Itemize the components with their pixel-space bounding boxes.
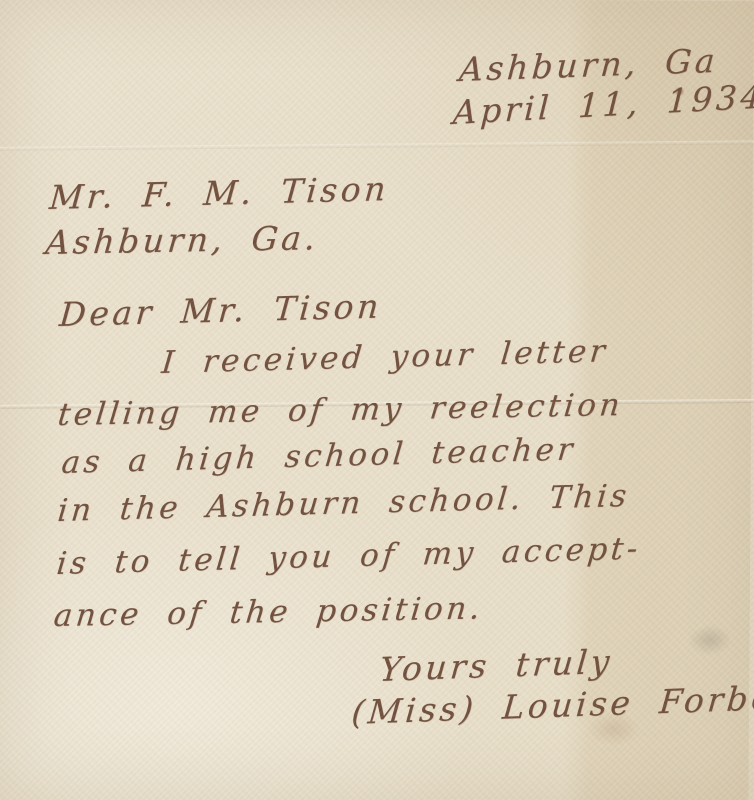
closing: Yours truly [378, 642, 615, 689]
letter-page: Ashburn, Ga April 11, 1934 Mr. F. M. Tis… [0, 0, 754, 800]
recipient-address: Ashburn, Ga. [44, 218, 320, 262]
salutation: Dear Mr. Tison [58, 286, 383, 334]
body-line: telling me of my reelection [56, 387, 625, 433]
body-line: in the Ashburn school. This [56, 478, 631, 529]
body-line: I received your letter [160, 333, 610, 381]
body-line: is to tell you of my accept- [55, 531, 642, 582]
body-line: as a high school teacher [60, 431, 578, 481]
recipient-name: Mr. F. M. Tison [48, 169, 391, 217]
body-line: ance of the position. [52, 590, 485, 634]
